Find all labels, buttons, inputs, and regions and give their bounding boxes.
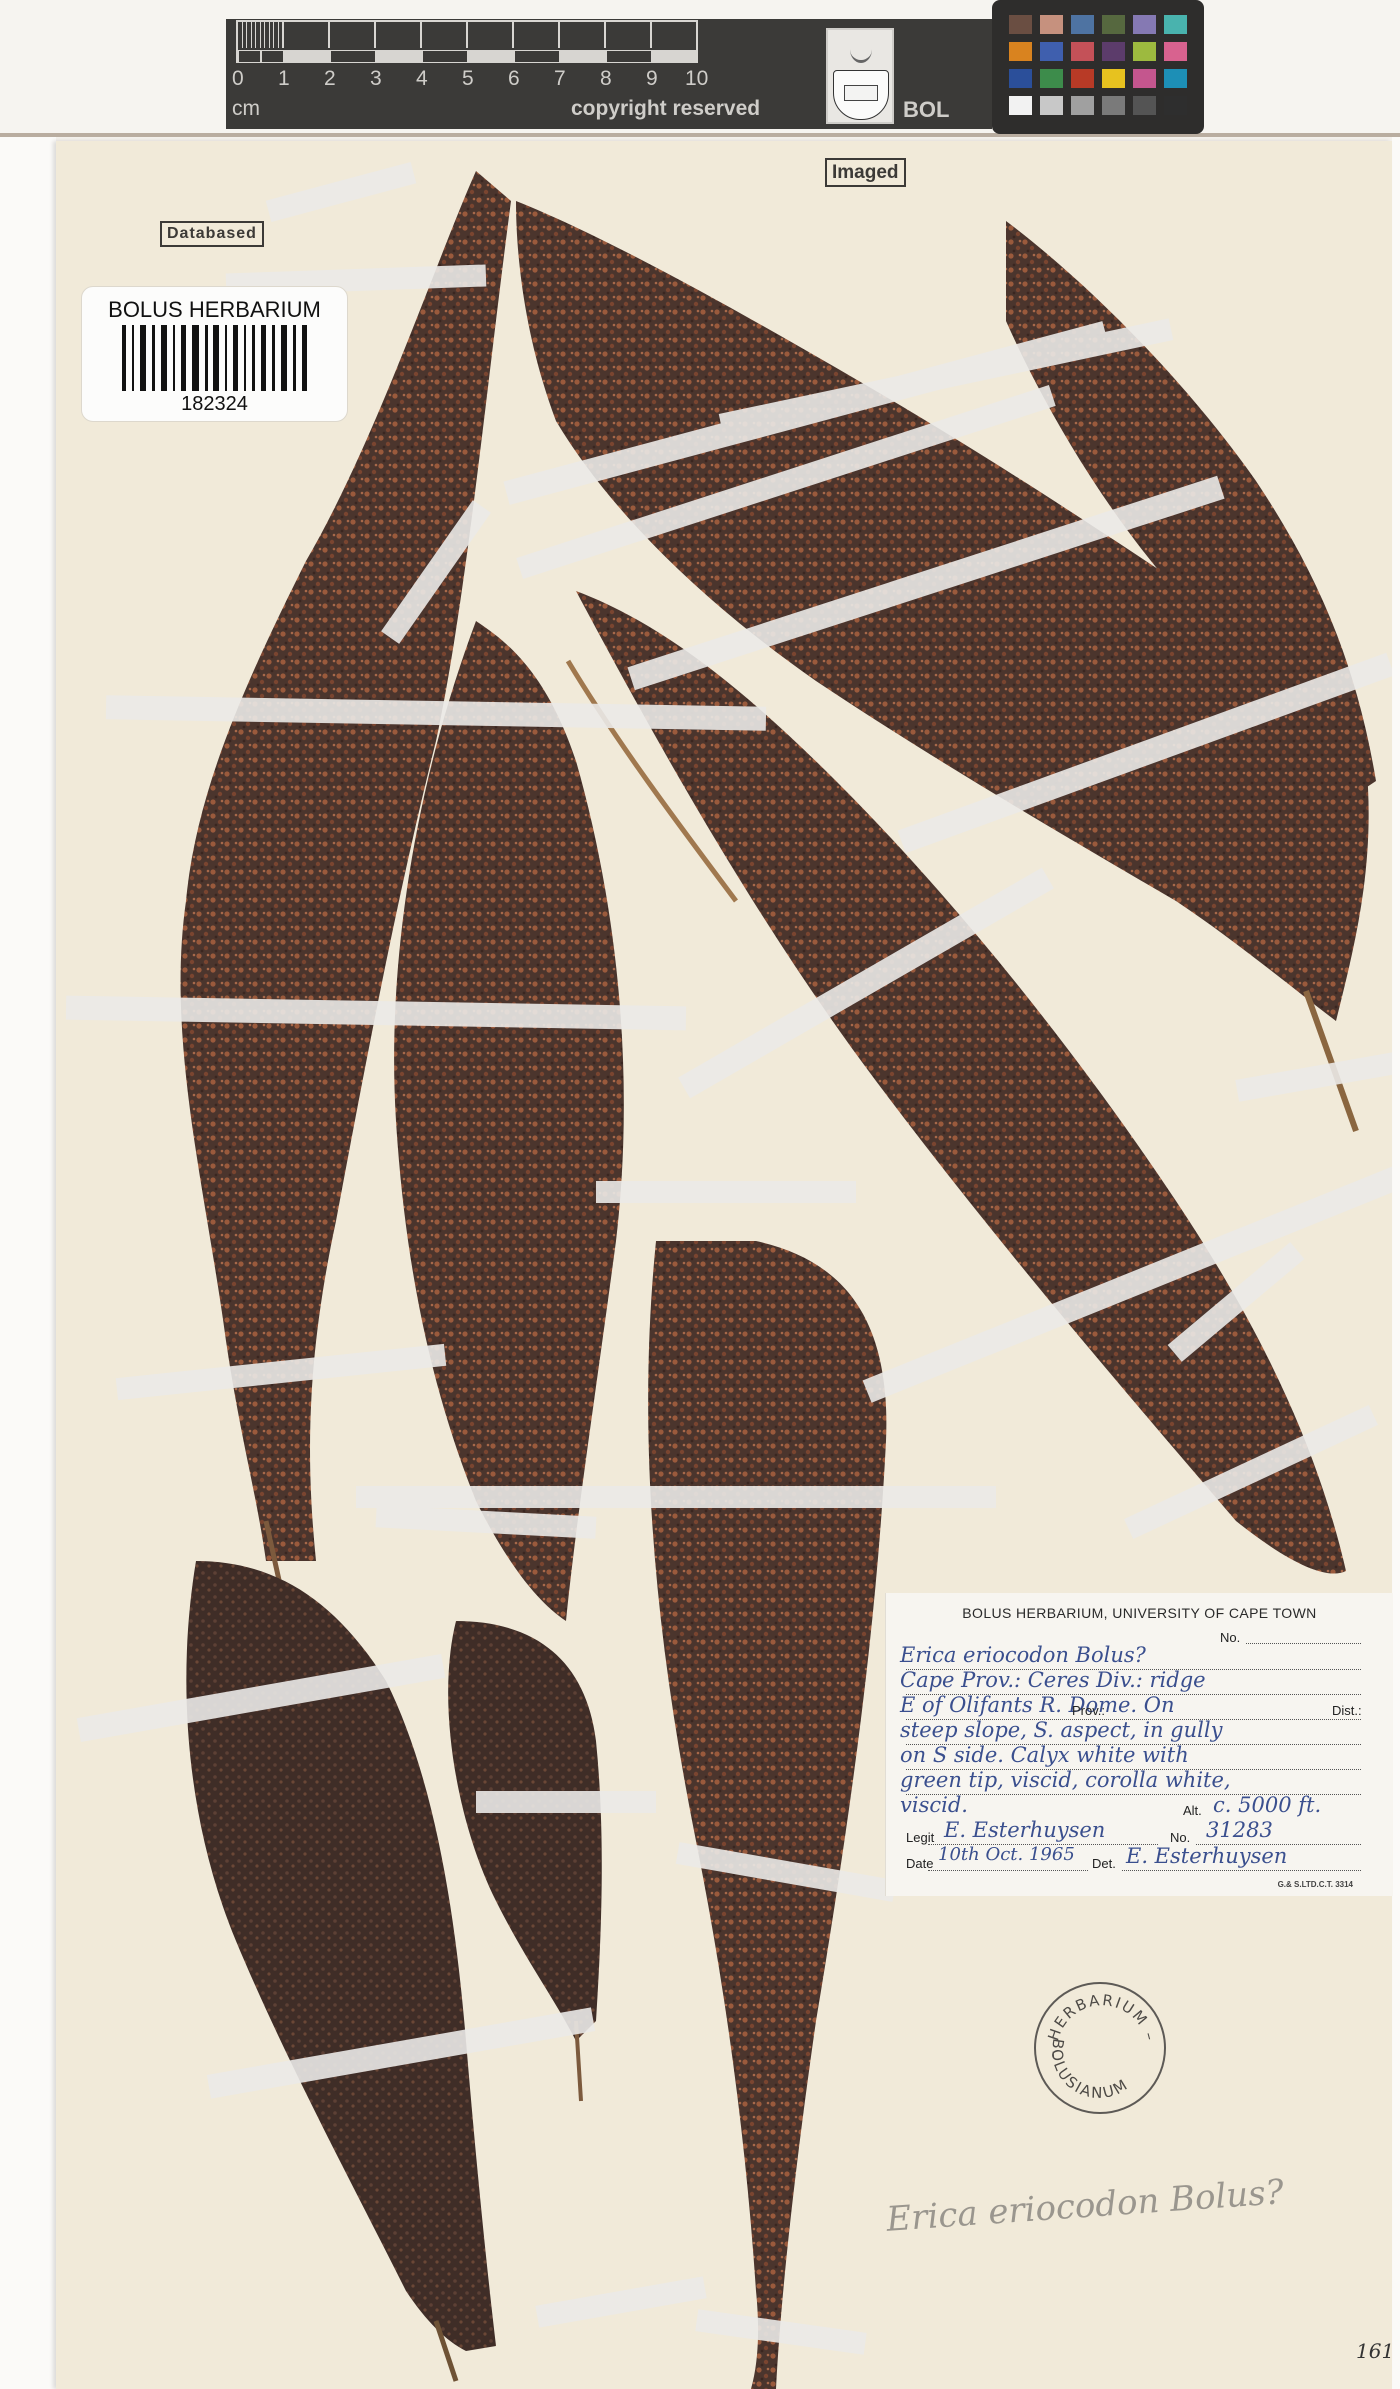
databased-stamp: Databased — [160, 221, 264, 247]
alt-field-label: Alt. — [1183, 1803, 1202, 1818]
ruler-scale-bar — [236, 20, 698, 63]
altitude-value: c. 5000 ft. — [1213, 1793, 1321, 1817]
barcode-title: BOLUS HERBARIUM — [82, 297, 347, 323]
ruler-tick-label: 0 — [232, 67, 244, 91]
dist-field-label: Dist.: — [1332, 1703, 1362, 1718]
color-swatch — [1133, 96, 1156, 115]
color-swatch — [1133, 69, 1156, 88]
date-field-label: Date — [906, 1856, 933, 1871]
color-swatch — [1040, 96, 1063, 115]
label-header: BOLUS HERBARIUM, UNIVERSITY OF CAPE TOWN — [886, 1605, 1393, 1621]
ruler-tick-label: 5 — [462, 67, 474, 91]
ruler-tick-label: 6 — [508, 67, 520, 91]
color-swatch — [1009, 96, 1032, 115]
label-line: E of Olifants R. Dome. On — [900, 1693, 1175, 1717]
catalog-number: 182324 — [82, 393, 347, 416]
scale-ruler: 0 1 2 3 4 5 6 7 8 9 10 cm copyright rese… — [226, 19, 992, 129]
color-swatch — [1133, 15, 1156, 34]
plant-specimen — [56, 141, 1392, 2389]
color-swatch — [1009, 42, 1032, 61]
label-line: viscid. — [900, 1793, 968, 1817]
copyright-notice: copyright reserved — [571, 97, 760, 121]
date-value: 10th Oct. 1965 — [938, 1844, 1075, 1865]
printer-note: G.& S.LTD.C.T. 3314 — [1278, 1880, 1353, 1889]
ruler-tick-label: 7 — [554, 67, 566, 91]
imaged-stamp: Imaged — [825, 158, 906, 187]
color-swatch — [1009, 69, 1032, 88]
collection-label-footer: Legit E. Esterhuysen No. 31283 Date 10th… — [885, 1818, 1393, 1896]
ruler-tick-label: 10 — [685, 67, 708, 91]
barcode-label: BOLUS HERBARIUM 182324 — [81, 286, 348, 422]
ruler-tick-label: 3 — [370, 67, 382, 91]
collector-value: E. Esterhuysen — [944, 1818, 1105, 1842]
sheet-number: 161 — [1356, 2339, 1394, 2363]
collection-label: BOLUS HERBARIUM, UNIVERSITY OF CAPE TOWN… — [885, 1593, 1393, 1818]
herbarium-sheet: Databased Imaged BOLUS HERBARIUM 182324 … — [56, 141, 1392, 2389]
det-field-label: Det. — [1092, 1856, 1116, 1871]
color-swatch — [1102, 42, 1125, 61]
barcode-icon — [122, 325, 307, 391]
color-swatch — [1040, 42, 1063, 61]
color-swatch — [1133, 42, 1156, 61]
label-line: Cape Prov.: Ceres Div.: ridge — [900, 1668, 1206, 1692]
color-swatch — [1102, 69, 1125, 88]
determiner-value: E. Esterhuysen — [1126, 1844, 1287, 1868]
stamp-ring-icon: – HERBARIUM – BOLUSIANUM — [1036, 1984, 1164, 2112]
ruler-tick-label: 4 — [416, 67, 428, 91]
herbarium-bolusianum-stamp: – HERBARIUM – BOLUSIANUM — [1034, 1982, 1166, 2114]
color-swatch — [1164, 69, 1187, 88]
label-line: on S side. Calyx white with — [900, 1743, 1189, 1767]
color-swatch — [1009, 15, 1032, 34]
svg-text:BOLUSIANUM: BOLUSIANUM — [1048, 2037, 1132, 2102]
label-line: steep slope, S. aspect, in gully — [900, 1718, 1222, 1742]
color-calibration-card — [992, 0, 1204, 134]
ruler-tick-label: 2 — [324, 67, 336, 91]
color-swatch — [1102, 15, 1125, 34]
color-swatch — [1164, 42, 1187, 61]
ruler-tick-label: 9 — [646, 67, 658, 91]
ruler-unit-label: cm — [232, 97, 260, 121]
color-swatch — [1102, 96, 1125, 115]
color-swatch — [1164, 96, 1187, 115]
label-line: green tip, viscid, corolla white, — [900, 1768, 1231, 1792]
scanner-backdrop-right — [1392, 137, 1400, 2389]
legit-field-label: Legit — [906, 1830, 934, 1845]
color-swatch — [1040, 69, 1063, 88]
color-swatch — [1071, 69, 1094, 88]
color-swatch — [1040, 15, 1063, 34]
color-swatch — [1071, 96, 1094, 115]
ruler-tick-label: 8 — [600, 67, 612, 91]
institution-code: BOL — [903, 97, 949, 123]
collector-number-value: 31283 — [1206, 1818, 1273, 1842]
color-swatch — [1071, 15, 1094, 34]
label-line: Erica eriocodon Bolus? — [900, 1643, 1146, 1667]
university-crest-icon — [826, 28, 894, 124]
collector-number-label: No. — [1170, 1830, 1190, 1845]
label-no-field: No. — [1220, 1630, 1240, 1645]
prov-field-label: Prov.: — [1072, 1703, 1105, 1718]
scanner-backdrop-left — [0, 137, 56, 2389]
color-swatch — [1071, 42, 1094, 61]
color-swatch — [1164, 15, 1187, 34]
ruler-tick-label: 1 — [278, 67, 290, 91]
